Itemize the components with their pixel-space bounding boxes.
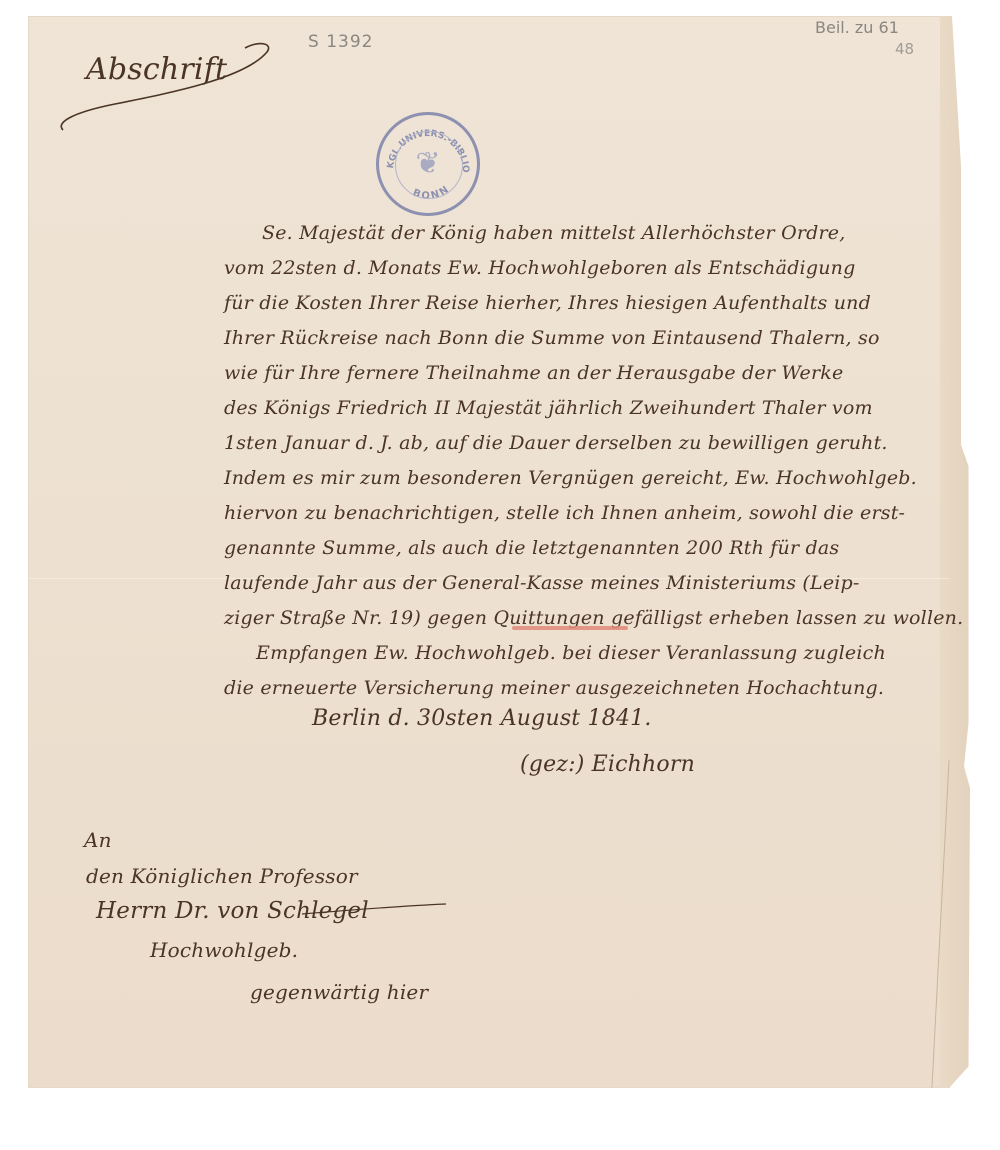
date-line: Berlin d. 30sten August 1841. (312, 706, 652, 731)
body-line-11: laufende Jahr aus der General-Kasse mein… (224, 572, 860, 594)
body-line-10: genannte Summe, als auch die letztgenann… (224, 537, 839, 559)
address-line-4: Hochwohlgeb. (150, 938, 298, 962)
body-line-1: Se. Majestät der König haben mittelst Al… (262, 222, 845, 244)
red-underline-mark (512, 626, 628, 630)
shelfmark: S 1392 (308, 32, 373, 52)
body-line-6: des Königs Friedrich II Majestät jährlic… (224, 397, 873, 419)
folio-number: 48 (895, 40, 914, 58)
address-line-5: gegenwärtig hier (250, 980, 428, 1004)
eagle-icon: ❦ (409, 145, 447, 183)
archive-note: Beil. zu 61 (815, 18, 899, 37)
body-line-2: vom 22sten d. Monats Ew. Hochwohlgeboren… (224, 257, 855, 279)
body-line-5: wie für Ihre fernere Theilnahme an der H… (224, 362, 843, 384)
torn-right-edge (940, 16, 970, 1088)
body-line-3: für die Kosten Ihrer Reise hierher, Ihre… (224, 292, 871, 314)
body-line-7: 1sten Januar d. J. ab, auf die Dauer der… (224, 432, 888, 454)
body-line-4: Ihrer Rückreise nach Bonn die Summe von … (224, 327, 880, 349)
body-line-13: Empfangen Ew. Hochwohlgeb. bei dieser Ve… (256, 642, 886, 664)
address-underline-flourish (300, 900, 450, 920)
heading-abschrift: Abschrift (86, 52, 227, 87)
library-stamp: KGL.UNIVERS.-BIBLIOTHEK BONN ❦ (376, 112, 480, 216)
address-line-2: den Königlichen Professor (86, 864, 358, 888)
signature: (gez:) Eichhorn (520, 752, 695, 777)
body-line-8: Indem es mir zum besonderen Vergnügen ge… (224, 467, 917, 489)
body-line-9: hiervon zu benachrichtigen, stelle ich I… (224, 502, 905, 524)
body-line-14: die erneuerte Versicherung meiner ausgez… (224, 677, 884, 699)
address-line-1: An (84, 828, 112, 852)
